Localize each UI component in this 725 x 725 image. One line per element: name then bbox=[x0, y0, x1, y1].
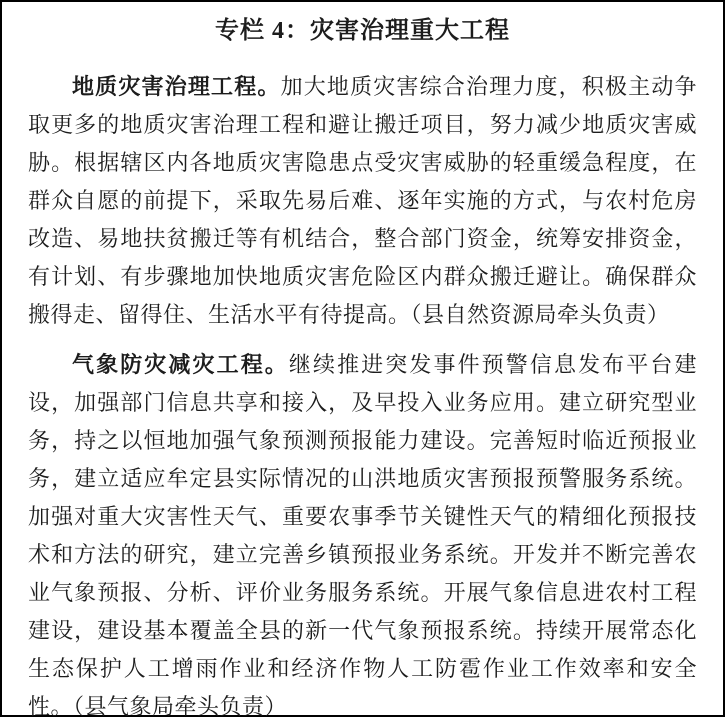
panel-title: 专栏 4：灾害治理重大工程 bbox=[28, 14, 697, 48]
paragraph-lead: 气象防灾减灾工程。 bbox=[72, 352, 289, 377]
paragraph-geological-disaster: 地质灾害治理工程。加大地质灾害综合治理力度，积极主动争取更多的地质灾害治理工程和… bbox=[28, 68, 697, 334]
paragraph-body: 加大地质灾害综合治理力度，积极主动争取更多的地质灾害治理工程和避让搬迁项目，努力… bbox=[28, 74, 697, 327]
column-panel: 专栏 4：灾害治理重大工程 地质灾害治理工程。加大地质灾害综合治理力度，积极主动… bbox=[0, 0, 725, 717]
paragraph-meteorological-disaster: 气象防灾减灾工程。继续推进突发事件预警信息发布平台建设，加强部门信息共享和接入，… bbox=[28, 346, 697, 725]
paragraph-body: 继续推进突发事件预警信息发布平台建设，加强部门信息共享和接入，及早投入业务应用。… bbox=[28, 352, 697, 719]
paragraph-lead: 地质灾害治理工程。 bbox=[72, 74, 281, 99]
